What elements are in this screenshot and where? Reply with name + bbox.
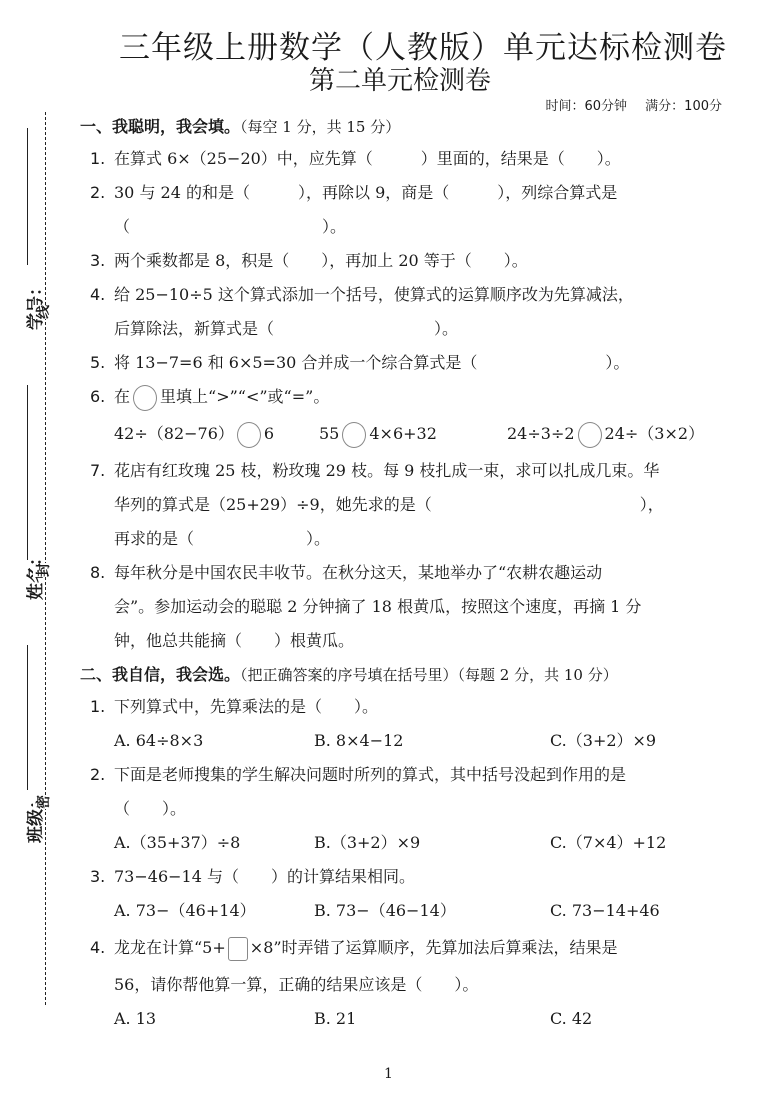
answer-circle[interactable]	[578, 422, 602, 448]
circle-blank-icon	[133, 385, 157, 411]
comparison-item: 24÷3÷224÷（3×2）	[507, 414, 704, 454]
answer-circle[interactable]	[342, 422, 366, 448]
section2-heading: 二、我自信，我会选。（把正确答案的序号填在括号里）（每题 2 分，共 10 分）	[80, 660, 740, 690]
s1-q4-cont: 后算除法，新算式是（ ）。	[80, 312, 740, 346]
s2-q2-cont: （ ）。	[80, 792, 740, 826]
option-a: A. 13	[114, 1002, 314, 1036]
section1-heading: 一、我聪明，我会填。（每空 1 分，共 15 分）	[80, 112, 740, 142]
s1-q4: 4.给 25−10÷5 这个算式添加一个括号，使算式的运算顺序改为先算减法，	[80, 278, 740, 312]
s2-q4-cont: 56，请你帮他算一算，正确的结果应该是（ ）。	[80, 968, 740, 1002]
answer-circle[interactable]	[237, 422, 261, 448]
s2-q3-options: A. 73−（46+14） B. 73−（46−14） C. 73−14+46	[80, 894, 740, 928]
option-a: A. 73−（46+14）	[114, 894, 314, 928]
square-blank-icon	[228, 937, 248, 961]
option-a: A. 64÷8×3	[114, 724, 314, 758]
option-c: C.（7×4）+12	[550, 826, 666, 860]
s1-q7-cont2: 再求的是（ ）。	[80, 522, 740, 556]
marker-xian: 线	[33, 305, 53, 319]
name-line	[27, 385, 28, 560]
option-b: B.（3+2）×9	[314, 826, 550, 860]
s1-q6-comparisons: 42÷（82−76）6 554×6+32 24÷3÷224÷（3×2）	[80, 414, 740, 454]
option-c: C. 73−14+46	[550, 894, 660, 928]
s2-q1-options: A. 64÷8×3 B. 8×4−12 C.（3+2）×9	[80, 724, 740, 758]
s2-q2: 2.下面是老师搜集的学生解决问题时所列的算式，其中括号没起到作用的是	[80, 758, 740, 792]
exam-content: 一、我聪明，我会填。（每空 1 分，共 15 分） 1.在算式 6×（25−20…	[80, 112, 740, 1036]
s2-q1: 1.下列算式中，先算乘法的是（ ）。	[80, 690, 740, 724]
s1-q3: 3.两个乘数都是 8，积是（ ），再加上 20 等于（ ）。	[80, 244, 740, 278]
s2-q3: 3.73−46−14 与（ ）的计算结果相同。	[80, 860, 740, 894]
comparison-item: 42÷（82−76）6	[114, 414, 319, 454]
page-number: 1	[384, 1066, 393, 1082]
student-id-line	[27, 128, 28, 265]
s1-q8-cont2: 钟，他总共能摘（ ）根黄瓜。	[80, 624, 740, 658]
s1-q8: 8.每年秋分是中国农民丰收节。在秋分这天，某地举办了“农耕农趣运动	[80, 556, 740, 590]
class-line	[27, 645, 28, 790]
option-b: B. 21	[314, 1002, 550, 1036]
s1-q6: 6.在里填上“>”“<”或“=”。	[80, 380, 740, 414]
option-a: A.（35+37）÷8	[114, 826, 314, 860]
exam-subtitle: 第二单元检测卷	[0, 60, 780, 97]
s1-q1: 1.在算式 6×（25−20）中，应先算（ ）里面的，结果是（ ）。	[80, 142, 740, 176]
option-c: C. 42	[550, 1002, 592, 1036]
option-b: B. 73−（46−14）	[314, 894, 550, 928]
s1-q7: 7.花店有红玫瑰 25 枝，粉玫瑰 29 枝。每 9 枝扎成一束，求可以扎成几束…	[80, 454, 740, 488]
s2-q4: 4.龙龙在计算“5+×8”时弄错了运算顺序，先算加法后算乘法，结果是	[80, 928, 740, 968]
s2-q2-options: A.（35+37）÷8 B.（3+2）×9 C.（7×4）+12	[80, 826, 740, 860]
s1-q2-cont: （ ）。	[80, 210, 740, 244]
s1-q7-cont1: 华列的算式是（25+29）÷9，她先求的是（ ），	[80, 488, 740, 522]
marker-mi: 密	[33, 795, 53, 809]
option-b: B. 8×4−12	[314, 724, 550, 758]
s1-q5: 5.将 13−7=6 和 6×5=30 合并成一个综合算式是（ ）。	[80, 346, 740, 380]
s2-q4-options: A. 13 B. 21 C. 42	[80, 1002, 740, 1036]
s1-q2: 2.30 与 24 的和是（ ），再除以 9，商是（ ），列综合算式是	[80, 176, 740, 210]
marker-feng: 封	[33, 563, 53, 577]
s1-q8-cont1: 会”。参加运动会的聪聪 2 分钟摘了 18 根黄瓜，按照这个速度，再摘 1 分	[80, 590, 740, 624]
comparison-item: 554×6+32	[319, 414, 507, 454]
option-c: C.（3+2）×9	[550, 724, 656, 758]
